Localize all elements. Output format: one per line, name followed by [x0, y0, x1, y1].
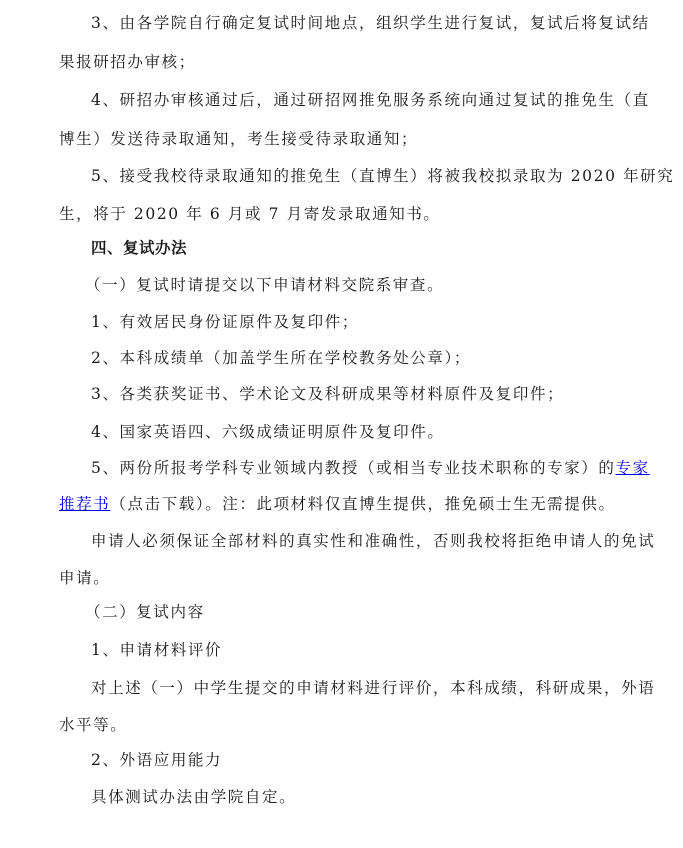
material-item-3: 3、各类获奖证书、学术论文及科研成果等材料原件及复印件； — [91, 384, 564, 404]
expert-recommendation-link-part2[interactable]: 推荐书 — [59, 495, 110, 513]
guarantee-line1: 申请人必须保证全部材料的真实性和准确性，否则我校将拒绝申请人的免试 — [91, 531, 655, 551]
material-item-1: 1、有效居民身份证原件及复印件； — [91, 312, 359, 332]
content-item-1-title: 1、申请材料评价 — [91, 640, 222, 660]
paragraph-item3-line2: 果报研招办审核； — [59, 52, 196, 72]
material-item-4: 4、国家英语四、六级成绩证明原件及复印件。 — [91, 422, 444, 442]
content-item-2-desc: 具体测试办法由学院自定。 — [91, 787, 296, 807]
subsection-heading-content: （二）复试内容 — [85, 602, 205, 622]
paragraph-item5-line1: 5、接受我校待录取通知的推免生（直博生）将被我校拟录取为 2020 年研究 — [91, 166, 674, 186]
material-item-5-note: （点击下载）。注：此项材料仅直博生提供，推免硕士生无需提供。 — [110, 495, 615, 513]
content-item-1-desc-line2: 水平等。 — [59, 715, 127, 735]
expert-recommendation-link-part1[interactable]: 专家 — [615, 459, 649, 477]
section-heading-retest-method: 四、复试办法 — [91, 238, 187, 258]
content-item-1-desc-line1: 对上述（一）中学生提交的申请材料进行评价，本科成绩，科研成果，外语 — [91, 678, 655, 698]
material-item-5-line1: 5、两份所报考学科专业领域内教授（或相当专业技术职称的专家）的专家 — [91, 458, 650, 478]
content-item-2-title: 2、外语应用能力 — [91, 750, 222, 770]
subsection-heading-materials: （一）复试时请提交以下申请材料交院系审查。 — [85, 275, 444, 295]
paragraph-item5-line2: 生，将于 2020 年 6 月或 7 月寄发录取通知书。 — [59, 204, 441, 224]
paragraph-item4-line1: 4、研招办审核通过后，通过研招网推免服务系统向通过复试的推免生（直 — [91, 90, 650, 110]
paragraph-item4-line2: 博生）发送待录取通知，考生接受待录取通知； — [59, 129, 418, 149]
material-item-5-text: 5、两份所报考学科专业领域内教授（或相当专业技术职称的专家）的 — [91, 459, 615, 477]
material-item-5-line2: 推荐书（点击下载）。注：此项材料仅直博生提供，推免硕士生无需提供。 — [59, 494, 616, 514]
material-item-2: 2、本科成绩单（加盖学生所在学校教务处公章）； — [91, 348, 471, 368]
paragraph-item3-line1: 3、由各学院自行确定复试时间地点，组织学生进行复试，复试后将复试结 — [91, 13, 650, 33]
guarantee-line2: 申请。 — [59, 568, 110, 588]
